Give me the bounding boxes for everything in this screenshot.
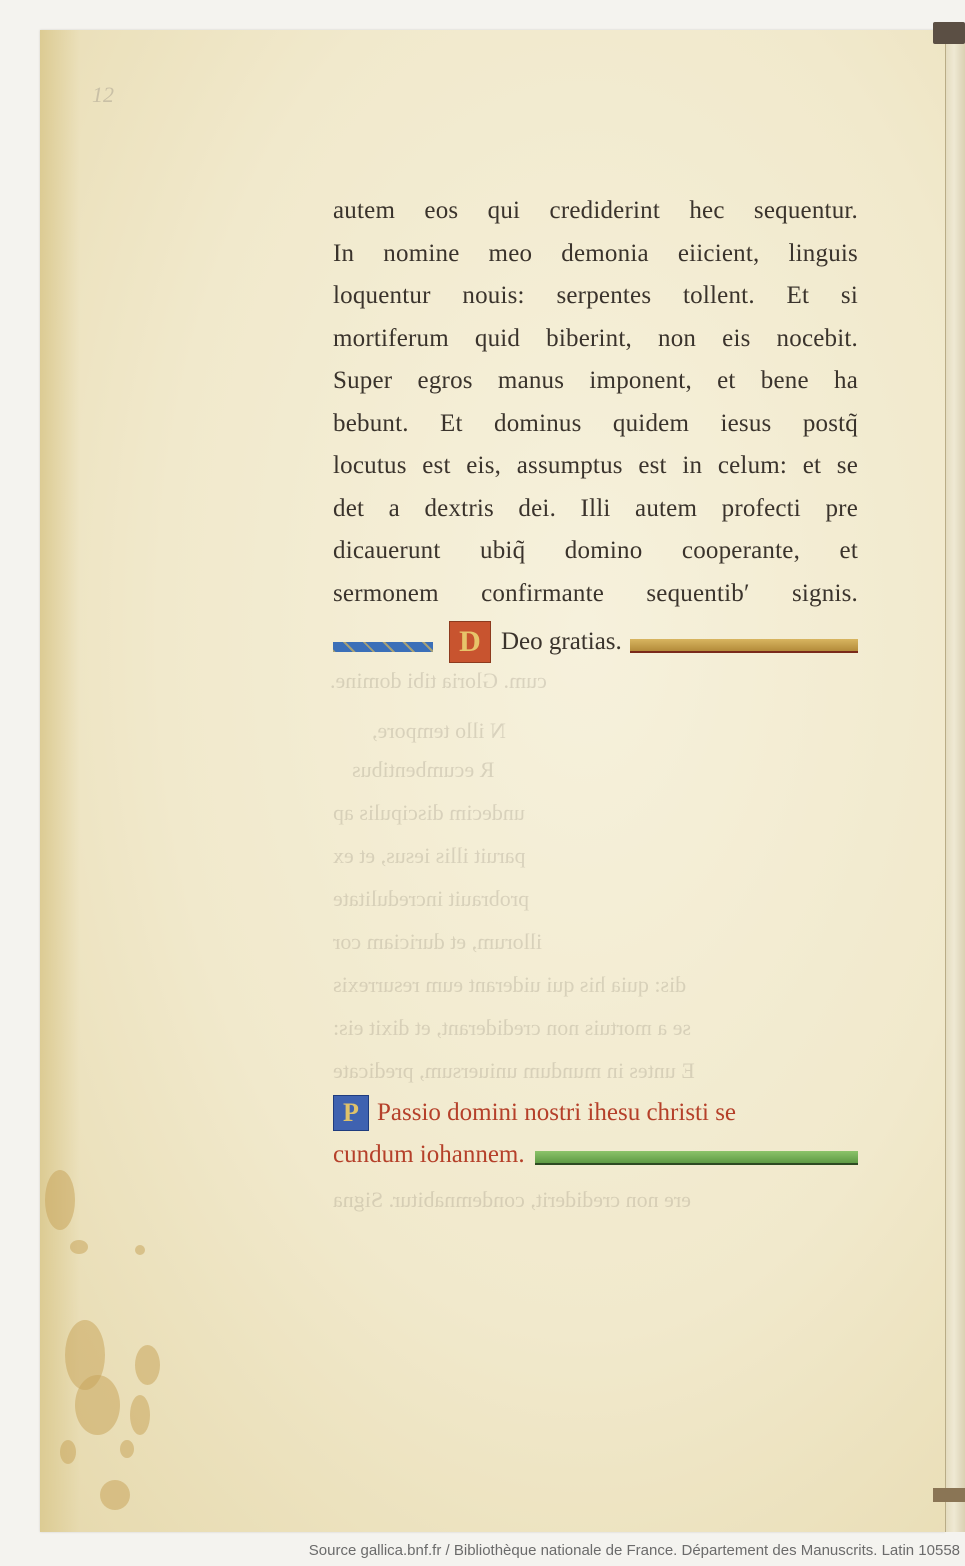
decorated-initial-blue: P [333,1095,369,1131]
line-filler-blue [333,642,433,652]
show-through-line: probrauit incredulitate [333,886,529,912]
text-line: In nomine meo demonia eiicient, linguis [333,233,858,276]
text-line: mortiferum quid biberint, non eis nocebi… [333,318,858,361]
source-credit: Source gallica.bnf.fr / Bibliothèque nat… [0,1536,960,1566]
show-through-line: N illo tempore, [372,718,506,744]
show-through-line: ere non crediderit, condemnabitur. Signa [333,1187,691,1213]
binding-bottom [933,1488,965,1502]
binding-top [933,22,965,44]
show-through-line: se a mortuis non crediderant, et dixit e… [333,1015,691,1041]
text-line: Super egros manus imponent, et bene ha [333,360,858,403]
show-through-line: paruit illis iesus, et ex [333,843,525,869]
foxing-stains [40,1150,340,1530]
closing-line: D Deo gratias. [333,620,858,664]
text-line: loquentur nouis: serpentes tollent. Et s… [333,275,858,318]
folio-number: 12 [92,82,114,108]
text-line: dicauerunt ubiq̃ domino cooperante, et [333,530,858,573]
rubric-heading: P Passio domini nostri ihesu christi se … [333,1092,858,1176]
show-through-line: R ecumbentibus [352,757,494,783]
text-line: autem eos qui crediderint hec sequentur. [333,190,858,233]
text-line: det a dextris dei. Illi autem profecti p… [333,488,858,531]
line-filler-gold [630,639,858,653]
text-line: bebunt. Et dominus quidem iesus postq̃ [333,403,858,446]
binding-edge [945,30,965,1532]
closing-text: Deo gratias. [501,628,622,656]
decorated-initial-red: D [449,621,491,663]
line-filler-green [535,1151,858,1165]
show-through-line: illorum, et duriciam cor [333,929,542,955]
rubric-line-1: Passio domini nostri ihesu christi se [377,1092,736,1134]
rubric-line-2: cundum iohannem. [333,1134,525,1176]
text-line: sermonem confirmante sequentibʹ signis. [333,573,858,616]
show-through-line: E untes in mundum uniuersum, predicate [333,1058,695,1084]
show-through-line: undecim discipulis ap [333,800,525,826]
main-text-block: autem eos qui crediderint hec sequentur.… [333,190,858,615]
show-through-line: cum. Gloria tibi domine. [330,668,547,694]
show-through-line: dis: quia his qui uiderant eum resurrexi… [333,972,686,998]
text-line: locutus est eis, assumptus est in celum:… [333,445,858,488]
